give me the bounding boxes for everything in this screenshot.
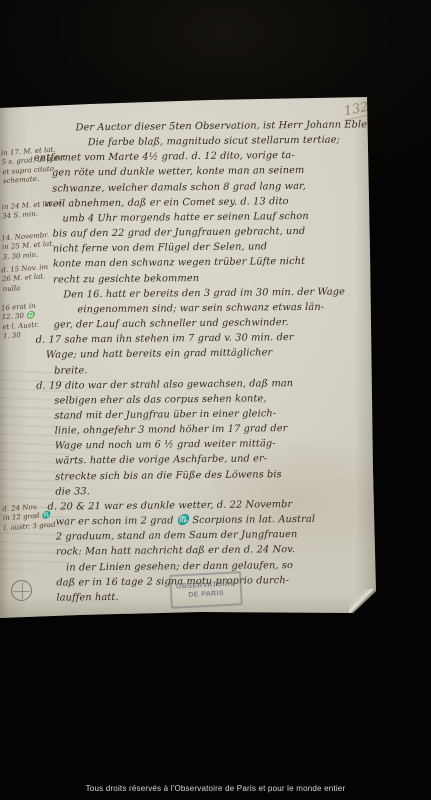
margin-note-block: d. 24 Nov. in 12 grad ♏ l. austr. 3 grad (2, 501, 70, 534)
manuscript-text: Der Auctor dieser 5ten Observation, ist … (33, 117, 374, 605)
embossed-seal-icon (11, 580, 32, 601)
corner-fold (349, 589, 376, 614)
margin-note-block: 16 erat in 12. 30 ♎ et l. Austr. 1. 30 (1, 300, 69, 342)
observatory-stamp: OBSERVATOIRE DE PARIS (169, 571, 243, 609)
copyright-caption: Tous droits réservés à l'Observatoire de… (0, 784, 431, 793)
stamp-line-2: DE PARIS (172, 589, 240, 600)
margin-note-block: in 17. M. et lat. 5 s. grad, ut patet et… (1, 145, 69, 187)
margin-note-block: d. 15 Nov. im 26 M. et lat. nulla (1, 262, 69, 295)
manuscript-page: 132 Der Auctor dieser 5ten Observation, … (0, 0, 379, 622)
photo-background: 132 Der Auctor dieser 5ten Observation, … (0, 0, 431, 800)
margin-note-block: 14. Novembr. in 25 M. et lat. 3. 30 min. (1, 230, 69, 263)
manuscript-line: Den 16. hatt er bereits den 3 grad im 30… (63, 284, 371, 302)
